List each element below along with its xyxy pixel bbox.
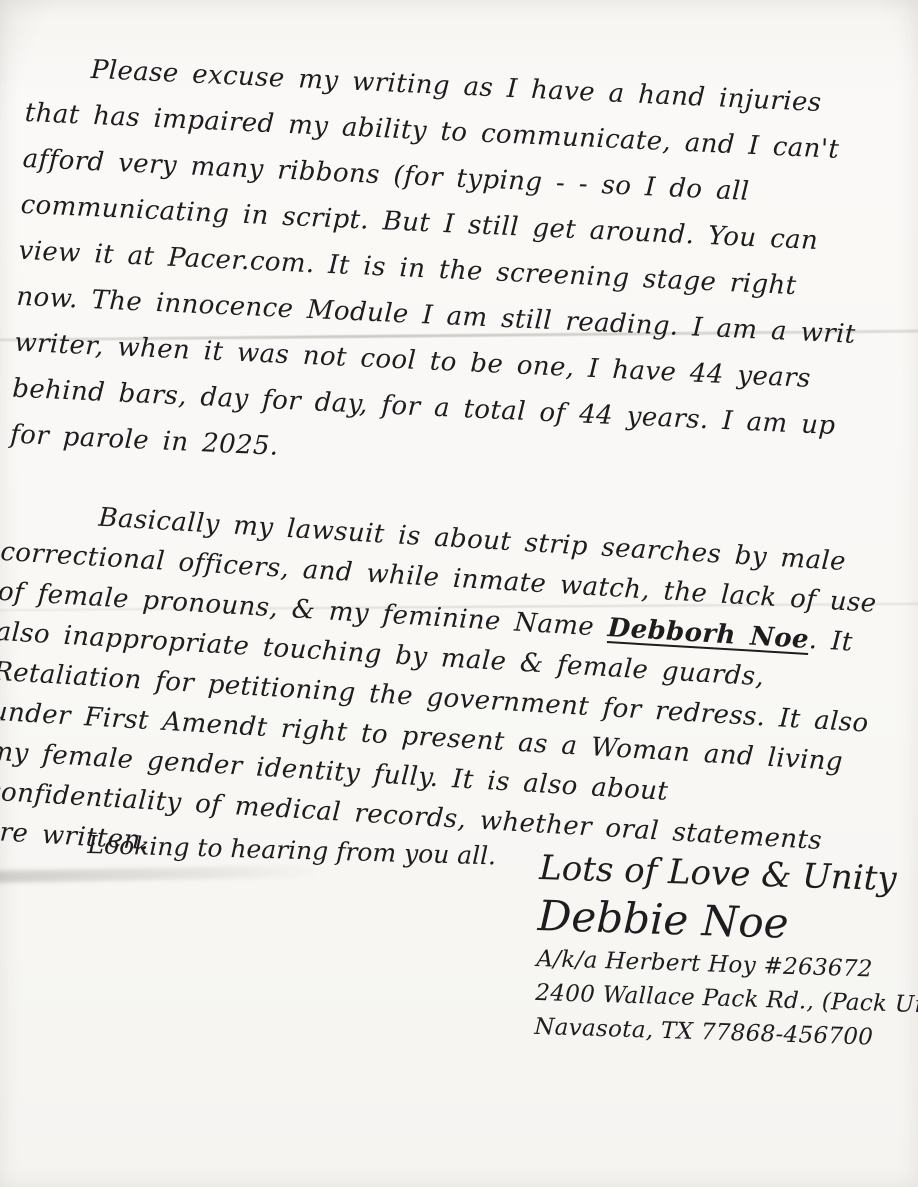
underlined-name: Debborh Noe <box>607 613 810 655</box>
lawsuit-paragraph-text-after: . It also inappropriate touching by male… <box>0 617 869 856</box>
opening-paragraph: Please excuse my writing as I have a han… <box>9 44 875 496</box>
letter-page: Please excuse my writing as I have a han… <box>0 0 918 1187</box>
signature-block: Lots of Love & Unity Debbie Noe A/k/a He… <box>534 846 912 1056</box>
